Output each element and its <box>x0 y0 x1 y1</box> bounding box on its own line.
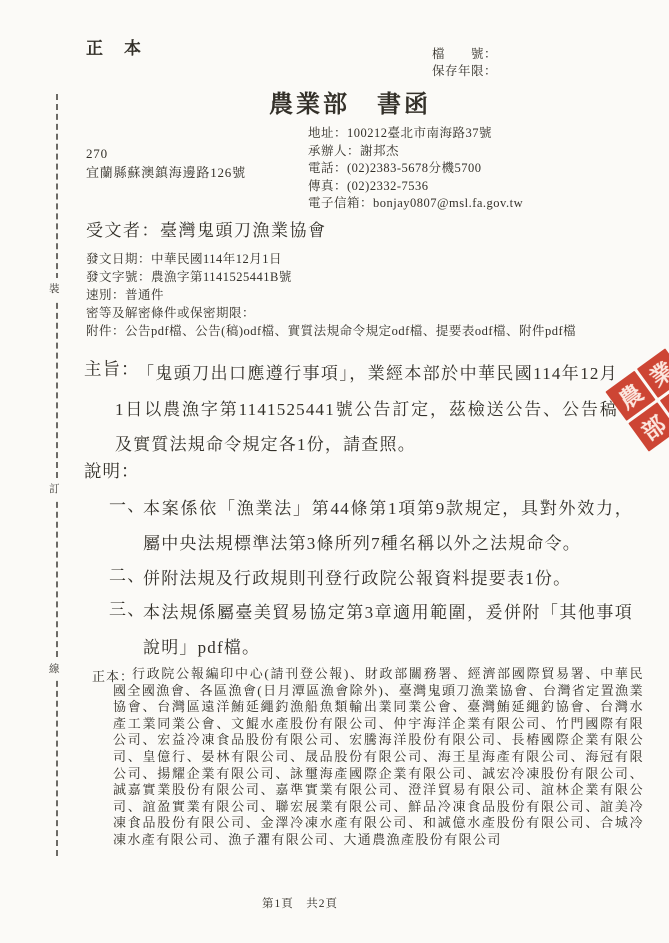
binding-dashed-line <box>56 94 58 856</box>
copies-recipient-list: 行政院公報編印中心(請刊登公報)、財政部關務署、經濟部國際貿易署、中華民國全國漁… <box>113 666 644 849</box>
recipient-mailing-address: 270 宜蘭縣蘇澳鎮海邊路126號 <box>86 145 246 182</box>
document-meta-block: 發文日期：中華民國114年12月1日 發文字號：農漁字第1141525441B號… <box>86 250 576 340</box>
document-title: 農業部 書函 <box>0 84 669 119</box>
recipient-line: 受文者：臺灣鬼頭刀漁業協會 <box>86 216 327 241</box>
issue-date-line: 發文日期：中華民國114年12月1日 <box>86 250 576 268</box>
description-item-2-text: 併附法規及行政規則刊登行政院公報資料提要表1份。 <box>143 561 633 596</box>
security-classification-line: 密等及解密條件或保密期限： <box>86 304 576 322</box>
page-number-footer: 第1頁 共2頁 <box>0 895 600 911</box>
sender-contact-person: 承辦人：謝邦杰 <box>308 143 523 161</box>
sender-fax: 傳真：(02)2332-7536 <box>308 178 523 196</box>
recipient-zip-code: 270 <box>86 145 246 164</box>
document-page: 裝 訂 線 正 本 檔 號： 保存年限： 農業部 書函 地址：100212臺北市… <box>0 0 669 943</box>
subject-text: 「鬼頭刀出口應遵行事項」，業經本部於中華民國114年12月1日以農漁字第1141… <box>115 356 618 463</box>
sender-email: 電子信箱：bonjay0807@msl.fa.gov.tw <box>308 195 523 213</box>
copy-type-label: 正 本 <box>86 34 143 59</box>
attachments-line: 附件：公告pdf檔、公告(稿)odf檔、實質法規命令規定odf檔、提要表odf檔… <box>86 322 576 340</box>
doc-number-line: 發文字號：農漁字第1141525441B號 <box>86 268 576 286</box>
binding-mark-zhuang: 裝 <box>47 278 62 299</box>
sender-address: 地址：100212臺北市南海路37號 <box>308 125 523 143</box>
recipient-street-address: 宜蘭縣蘇澳鎮海邊路126號 <box>86 164 246 183</box>
binding-mark-xian: 線 <box>47 658 62 679</box>
description-item-3-number: 三、 <box>109 595 145 620</box>
priority-line: 速別：普通件 <box>86 286 576 304</box>
binding-mark-ding: 訂 <box>47 478 62 499</box>
retention-period-label: 保存年限： <box>432 63 497 80</box>
description-item-1-number: 一、 <box>109 491 145 516</box>
description-item-3-text: 本法規係屬臺美貿易協定第3章適用範圍，爰併附「其他事項說明」pdf檔。 <box>143 595 633 665</box>
file-number-label: 檔 號： <box>432 46 497 63</box>
description-heading: 說明： <box>84 458 140 483</box>
sender-phone: 電話：(02)2383-5678分機5700 <box>308 160 523 178</box>
description-item-2-number: 二、 <box>109 561 145 586</box>
sender-info-block: 地址：100212臺北市南海路37號 承辦人：謝邦杰 電話：(02)2383-5… <box>308 125 523 213</box>
file-number-block: 檔 號： 保存年限： <box>432 46 497 79</box>
description-item-1-text: 本案係依「漁業法」第44條第1項第9款規定，具對外效力，屬中央法規標準法第3條所… <box>143 491 633 561</box>
